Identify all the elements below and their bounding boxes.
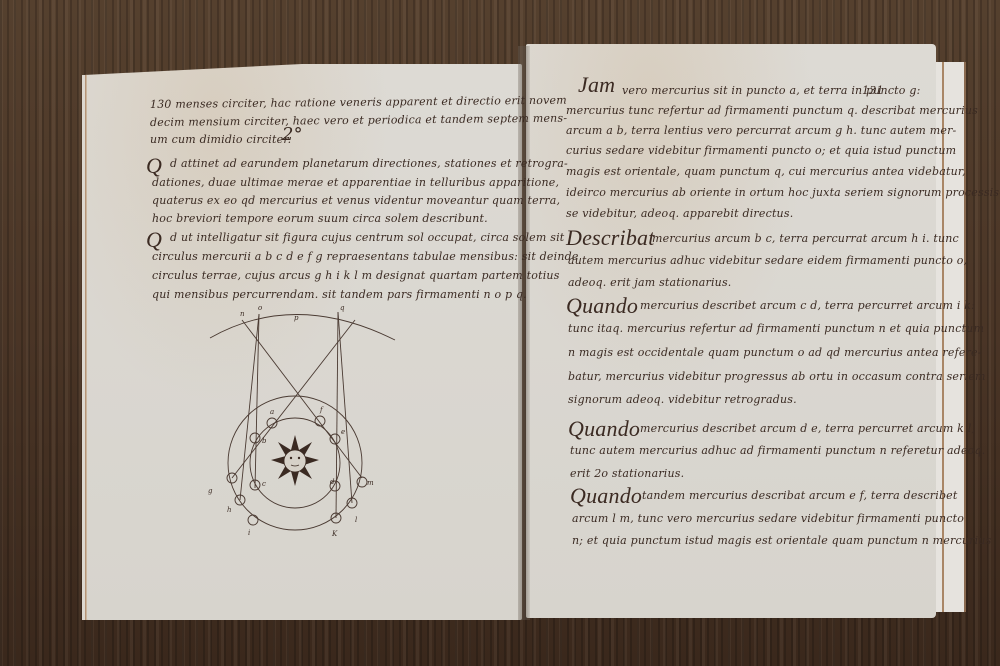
page-number: 131 [862,84,884,97]
svg-text:d: d [330,478,335,486]
text-line: dationes, duae ultimae merae et apparent… [152,176,559,189]
text-line: tunc autem mercurius adhuc ad firmamenti… [570,444,985,457]
text-line: autem mercurius adhuc videbitur sedare e… [568,254,967,267]
photo-scene: 130 menses circiter, hac ratione veneris… [0,0,1000,666]
paragraph-initial: Describat [566,225,659,251]
paragraph-initial: Jam [578,72,619,98]
drop-cap: Q [146,227,162,252]
text-line: n magis est occidentale quam punctum o a… [568,346,982,359]
text-line: batur, mercurius videbitur progressus ab… [568,370,986,383]
text-line: um cum dimidio circiter. [150,133,291,146]
text-line: adeoq. erit jam stationarius. [568,276,732,289]
svg-text:h: h [227,506,232,514]
drop-cap: Jam [578,72,615,97]
text-line: mercurius describet arcum d e, terra per… [640,422,975,435]
firmament-arc [210,314,395,340]
svg-text:e: e [341,428,345,436]
text-line: circulus mercurii a b c d e f g repraese… [152,250,579,263]
text-line: mercurius arcum b c, terra percurrat arc… [652,232,959,245]
drop-cap: Quando [566,293,638,318]
drop-cap: Quando [568,416,640,441]
text-line: circulus terrae, cujus arcus g h i k l m… [152,269,560,282]
paragraph-initial: Quando [568,416,644,442]
svg-text:c: c [262,480,266,488]
orbit-diagram: nopq abc def ghi Klm [200,300,410,540]
text-line: tandem mercurius describat arcum e f, te… [642,489,958,502]
text-line: se videbitur, adeoq. apparebit directus. [566,207,793,220]
left-page-edges [68,72,87,620]
text-line: erit 2o stationarius. [570,467,684,480]
svg-text:n: n [240,310,245,318]
paragraph-initial: Quando [570,483,646,509]
text-line: d ut intelligatur sit figura cujus centr… [170,231,564,244]
svg-text:a: a [270,408,274,416]
book-gutter [518,46,530,620]
svg-text:b: b [262,437,267,445]
svg-text:p: p [294,314,299,322]
text-line: tunc itaq. mercurius refertur ad firmame… [568,322,984,335]
text-line: mercurius describet arcum c d, terra per… [640,299,975,312]
text-line: d attinet ad earundem planetarum directi… [170,157,568,170]
text-line: signorum adeoq. videbitur retrogradus. [568,393,797,406]
text-line: quaterus ex eo qd mercurius et venus vid… [152,194,560,207]
paragraph-initial: Quando [566,293,642,319]
drop-cap: Describat [566,225,655,250]
text-line: n; et quia punctum istud magis est orien… [572,534,991,547]
section-number: 2° [282,124,303,145]
svg-text:m: m [367,479,374,487]
svg-text:f: f [319,406,324,414]
svg-text:i: i [248,529,250,537]
text-line: arcum a b, terra lentius vero percurrat … [566,124,956,137]
sun-icon [271,435,319,486]
svg-text:l: l [355,516,357,524]
svg-text:q: q [340,304,345,312]
text-line: mercurius tunc refertur ad firmamenti pu… [566,104,978,117]
text-line: hoc breviori tempore eorum suum circa so… [152,212,488,225]
text-line: arcum l m, tunc vero mercurius sedare vi… [572,512,964,525]
drop-cap: Quando [570,483,642,508]
drop-cap: Q [146,153,162,178]
text-line: curius sedare videbitur firmamenti punct… [566,144,956,157]
svg-text:g: g [208,487,213,495]
text-line: ideirco mercurius ab oriente in ortum ho… [566,186,1000,199]
text-line: magis est orientale, quam punctum q, cui… [566,165,966,178]
svg-text:o: o [258,304,262,312]
svg-text:K: K [331,530,338,538]
